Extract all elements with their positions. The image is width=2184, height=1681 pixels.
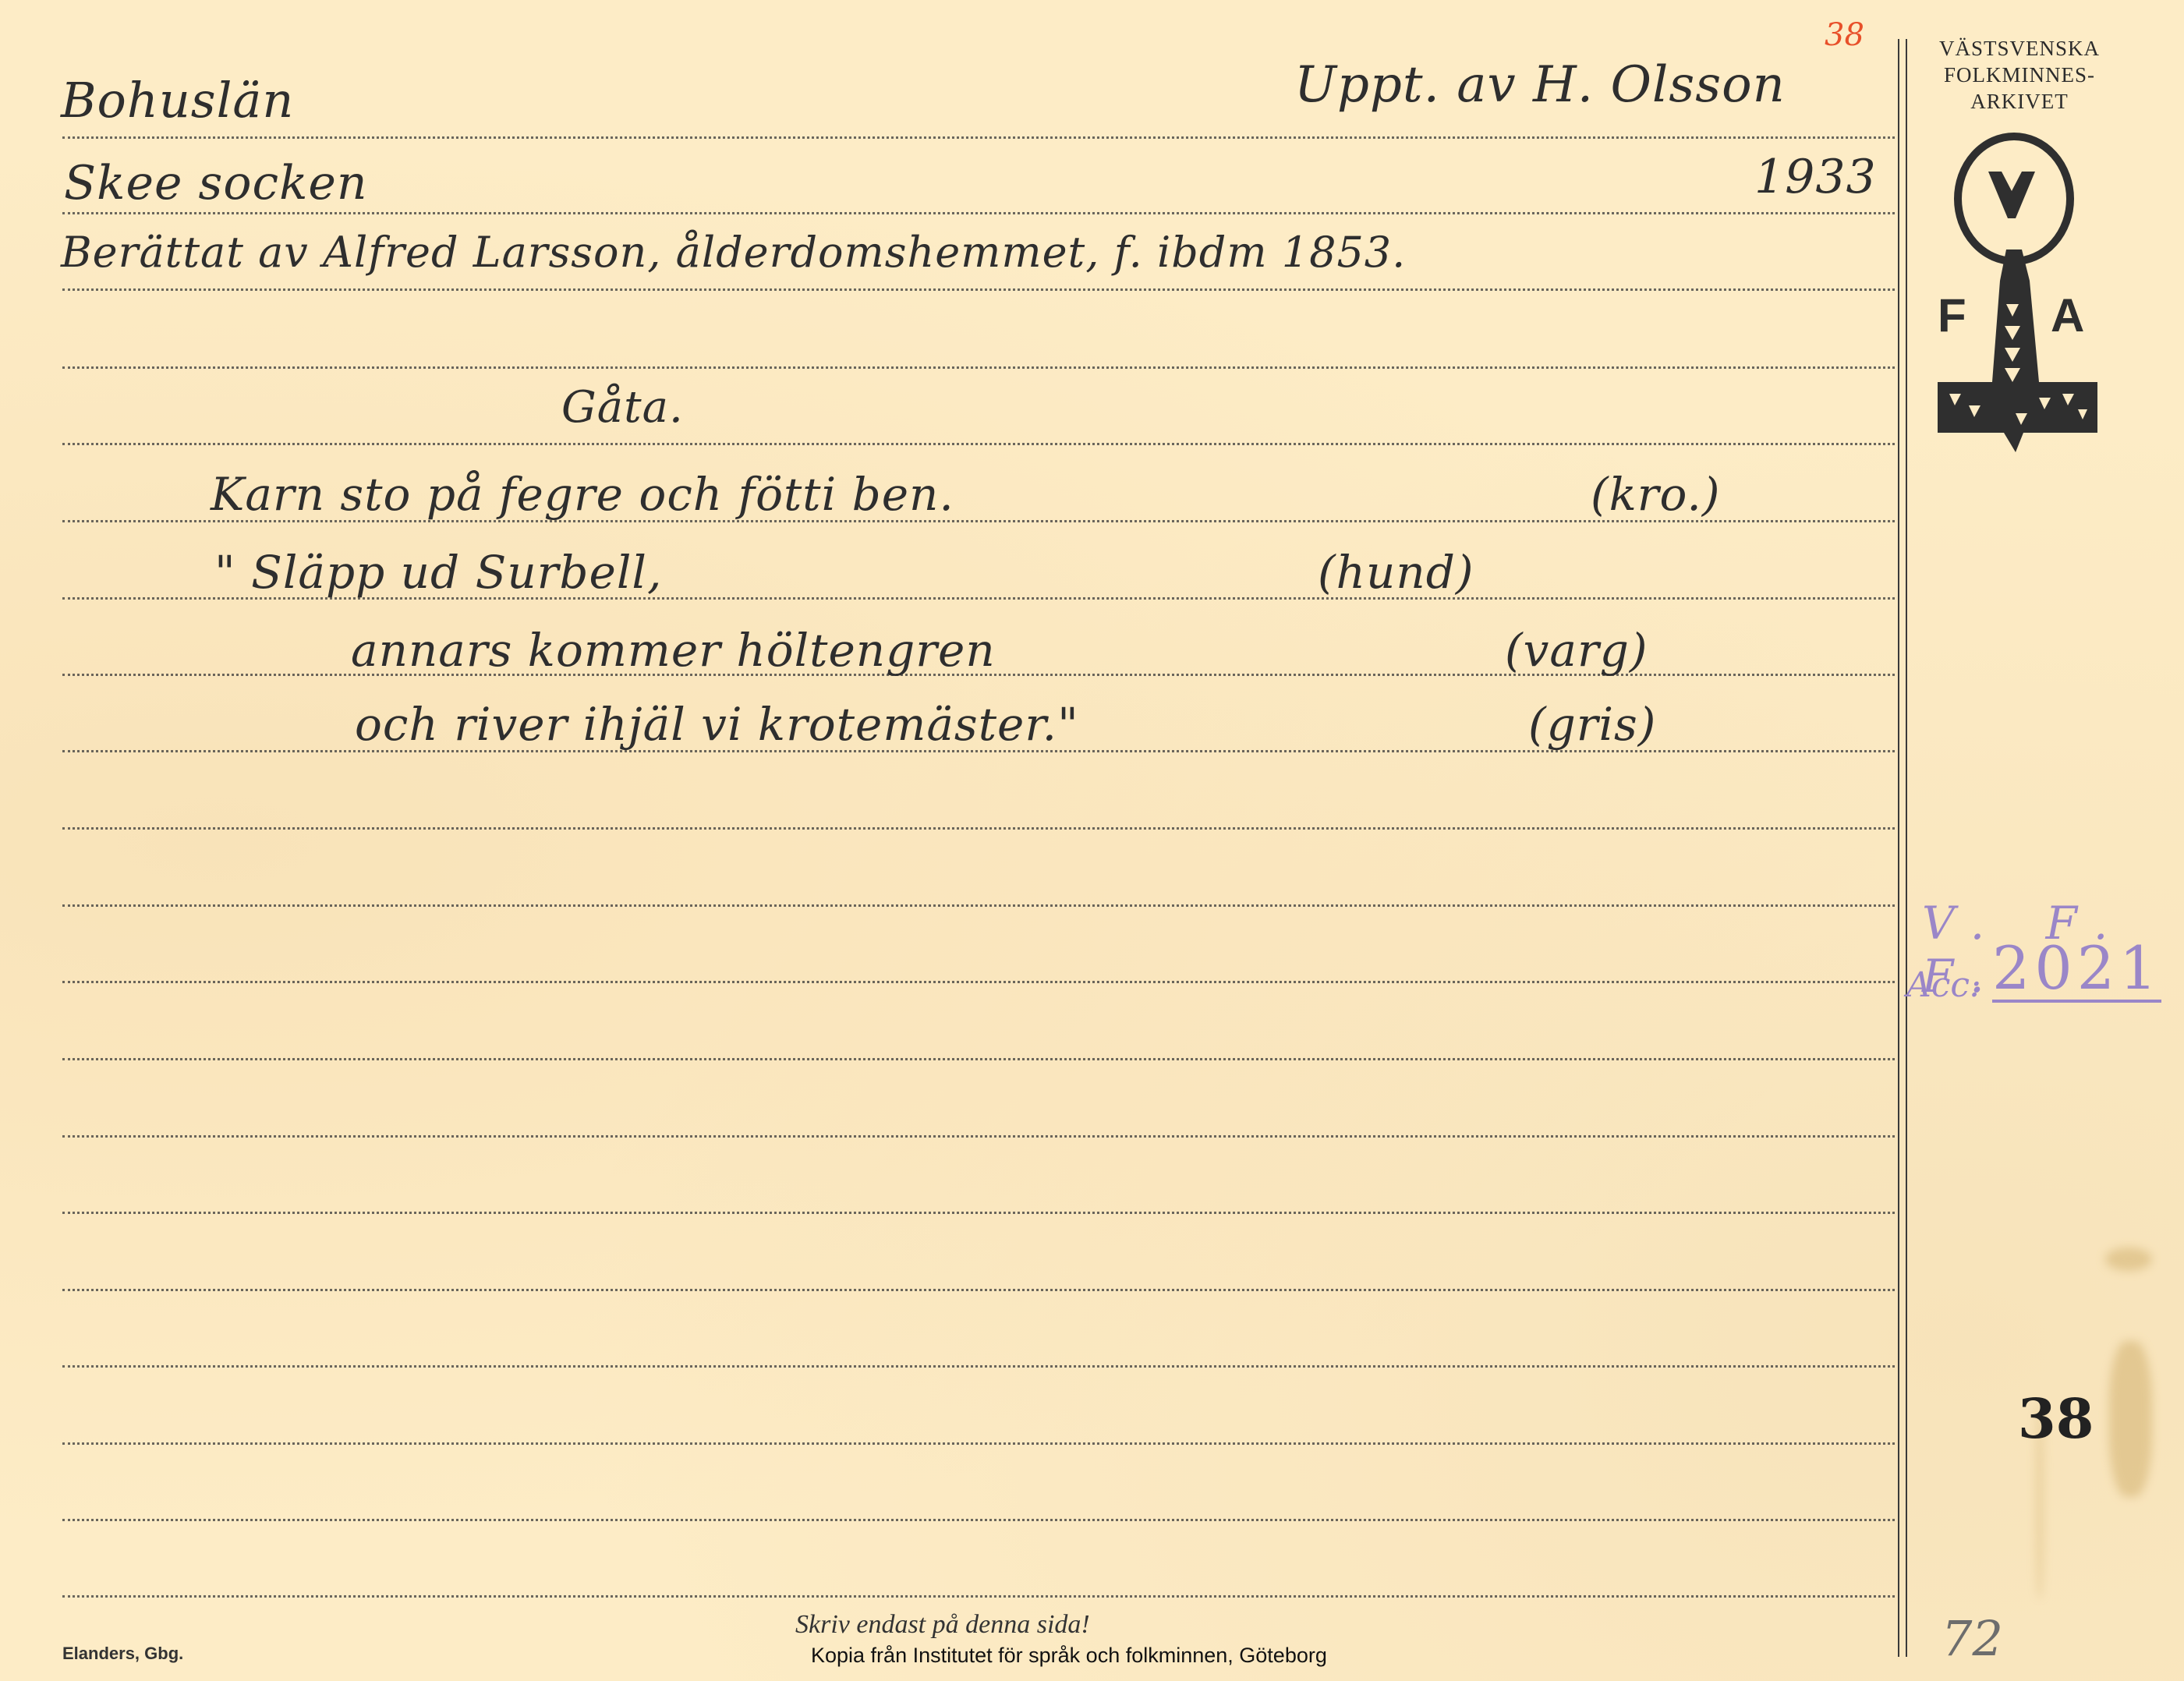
page-number: 38	[2018, 1386, 2094, 1451]
recorder-text: Uppt. av H. Olsson	[1294, 56, 1786, 114]
riddle-answer: (gris)	[1528, 698, 1656, 751]
riddle-line: Karn sto på fegre och fötti ben.	[211, 468, 954, 521]
margin-rule	[1906, 39, 1907, 1657]
parish-text: Skee socken	[64, 156, 368, 211]
archive-name: VÄSTSVENSKA FOLKMINNES- ARKIVET	[1918, 35, 2121, 115]
printer-imprint: Elanders, Gbg.	[62, 1644, 183, 1664]
riddle-title: Gåta.	[561, 382, 684, 433]
write-instruction: Skriv endast på denna sida!	[795, 1610, 1090, 1640]
paper-stain	[2105, 1247, 2152, 1271]
pencil-number: 72	[1942, 1610, 2003, 1667]
riddle-line: " Släpp ud Surbell,	[214, 546, 662, 599]
year-text: 1933	[1754, 150, 1877, 204]
stamp-acc-number: 2021	[1992, 937, 2161, 1003]
vfa-logo: F A	[1922, 125, 2109, 452]
thors-hammer-icon: F A	[1922, 125, 2109, 452]
riddle-answer: (hund)	[1318, 546, 1474, 599]
riddle-line: och river ihjäl vi krotemäster."	[355, 698, 1079, 751]
paper-stain	[2109, 1341, 2152, 1497]
copy-notice: Kopia från Institutet för språk och folk…	[811, 1644, 1327, 1668]
margin-rule	[1898, 39, 1899, 1657]
red-archive-number: 38	[1825, 17, 1864, 53]
riddle-answer: (varg)	[1505, 624, 1648, 677]
province-text: Bohuslän	[61, 72, 294, 129]
riddle-line: annars kommer höltengren	[351, 624, 996, 677]
narrator-text: Berättat av Alfred Larsson, ålderdomshem…	[61, 228, 1406, 277]
riddle-answer: (kro.)	[1591, 468, 1720, 521]
stamp-acc-label: Acc:	[1906, 965, 1981, 1005]
svg-text:F: F	[1938, 289, 1966, 342]
svg-text:A: A	[2051, 289, 2084, 342]
